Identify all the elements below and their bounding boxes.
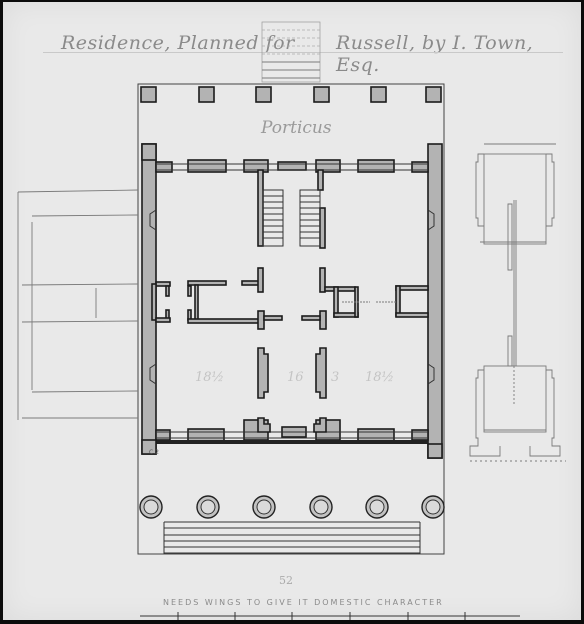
- drawing-sheet: Residence, Planned for Russell, by I. To…: [3, 2, 581, 620]
- corner-mark: C.2: [149, 449, 159, 456]
- room-label: 16: [287, 370, 304, 385]
- floor-plan: .w{fill:#b3b3b3;stroke:#1c1c1c;stroke-wi…: [3, 2, 581, 620]
- front-columns: [140, 496, 444, 518]
- rear-steps: [262, 22, 320, 82]
- stair-hall: [258, 170, 325, 248]
- room-label: 3: [331, 370, 339, 385]
- portico-piers: [141, 87, 441, 102]
- sheet-number: 52: [279, 574, 293, 587]
- room-label: 18½: [365, 370, 394, 385]
- front-steps: [164, 522, 420, 554]
- interior-walls: [152, 268, 428, 432]
- room-label: 18½: [195, 370, 224, 385]
- portico-label: Porticus: [261, 118, 332, 138]
- scale-bar: [140, 612, 520, 620]
- wing-sketch-left: [18, 190, 138, 420]
- caption: NEEDS WINGS TO GIVE IT DOMESTIC CHARACTE…: [163, 598, 444, 607]
- wing-section-right: [470, 144, 566, 461]
